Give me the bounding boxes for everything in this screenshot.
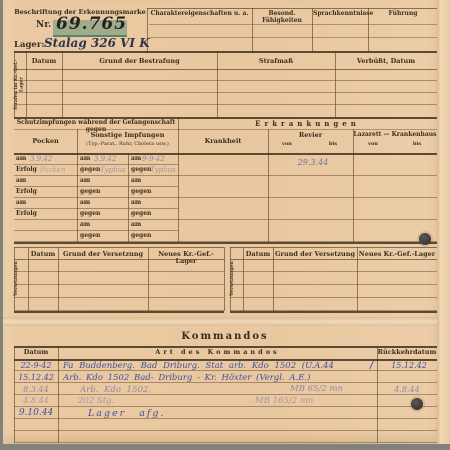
kommandos-col-header: Rückkehrdatum (377, 349, 437, 356)
kommando-row-mark: / (370, 357, 374, 371)
rule-line (224, 247, 225, 311)
revier-von-label: von (272, 142, 302, 148)
rule-line (230, 311, 437, 313)
gegen-label: gegen (80, 167, 100, 174)
empty-rows (14, 259, 224, 311)
am-label: am (80, 156, 90, 163)
empty-rows (230, 259, 437, 311)
kommandos-title: Kommandos (125, 331, 325, 342)
pocken-am-value: 3.9.42 (30, 155, 52, 163)
illnesses-title: Erkrankungen (178, 120, 437, 128)
lager-value-handwritten: Stalag 326 VI K (44, 36, 150, 50)
traits-col-header: Führung (369, 11, 437, 18)
am-label: am (80, 178, 90, 185)
kommando-row-datum: 4.8.44 (14, 396, 58, 405)
punch-hole (419, 233, 431, 245)
krankheit-col-header: Krankheit (178, 138, 268, 145)
traits-col-header: Sprachkenntnisse (313, 11, 367, 18)
rule-line (14, 247, 224, 248)
nr-value-handwritten: 69.765 (56, 14, 127, 34)
transfers-col-header: Grund der Versetzung (273, 251, 357, 258)
kommando-row-art: Arb. Kdo 1502, (80, 385, 151, 395)
rule-line (14, 51, 437, 53)
kommando-row-art: 202 Stg. (78, 396, 114, 406)
am-label: am (80, 200, 90, 207)
gegen-label: gegen (80, 233, 100, 240)
rule-line (149, 37, 437, 38)
kommando-row-datum: 15.12.42 (14, 373, 58, 382)
kommando-row-art: Arb. Kdo 1502 Bad- Driburg - Kr. Höxter … (63, 373, 310, 383)
pocken-col-header: Pocken (14, 138, 77, 145)
rule-line (230, 247, 437, 248)
sonstige2-am-value: 9-9-42 (142, 155, 165, 163)
rule-line (147, 8, 437, 9)
punishments-col-header: Verbüßt, Datum (335, 58, 437, 65)
am-label: am (16, 200, 26, 207)
transfers-col-header: Datum (28, 251, 58, 258)
kommandos-col-header: Datum (14, 349, 58, 356)
pocken-erfolg-value: Pocken (40, 166, 65, 174)
am-label: am (80, 222, 90, 229)
lager-label: Lager: (14, 41, 44, 50)
empty-rows (14, 69, 437, 116)
scanned-pow-record-card: Beschriftung der Erkennungsmarke Nr. 69.… (0, 0, 450, 450)
am-label: am (131, 222, 141, 229)
kommando-row-datum: 9.10.44 (14, 408, 58, 418)
punch-hole (411, 398, 423, 410)
am-label: am (16, 178, 26, 185)
punishments-col-header: Grund der Bestrafung (62, 58, 217, 65)
transfers-col-header: Datum (243, 251, 273, 258)
am-label: am (131, 178, 141, 185)
nr-label: Nr. (36, 21, 51, 31)
revier-bis-label: bis (318, 142, 348, 148)
kommando-row-art: Lager afg. (88, 408, 166, 419)
gegen-label: gegen (80, 211, 100, 218)
gegen-label: gegen (131, 189, 151, 196)
punishments-col-header: Datum (26, 58, 62, 65)
punishments-col-header: Strafmaß (217, 58, 335, 65)
sonstige-col-subheader: (Typ.-Parat., Ruhr, Cholera usw.) (77, 142, 178, 148)
illness-rows (178, 154, 437, 242)
revier-col-header: Revier (268, 132, 353, 139)
gegen-label: gegen (131, 233, 151, 240)
am-label: am (131, 156, 141, 163)
sonstige1-gegen-value: Typhus (100, 166, 126, 174)
fold-crease (3, 317, 437, 326)
erfolg-label: Erfolg (16, 211, 37, 218)
rule-line (147, 8, 148, 52)
transfers-col-header: Grund der Versetzung (58, 251, 148, 258)
lazarett-bis-label: bis (402, 142, 432, 148)
erfolg-label: Erfolg (16, 167, 37, 174)
kommando-row-datum: 22-9-42 (14, 361, 58, 370)
rule-line (14, 242, 437, 244)
traits-col-header: Besond. Fähigkeiten (253, 11, 311, 24)
kommando-row-rueckkehr: 4.8.44 (383, 385, 431, 394)
gegen-label: gegen (131, 211, 151, 218)
sonstige1-am-value: 3.9.42 (94, 155, 116, 163)
kommando-row-datum: 8.3.44 (14, 385, 58, 394)
rule-line (14, 311, 224, 313)
kommando-row-note: MB 65/2 mn (290, 384, 343, 394)
kommandos-col-header: Art des Kommandos (58, 349, 377, 356)
card-folded-edge (437, 0, 450, 444)
am-label: am (131, 200, 141, 207)
traits-col-header: Charaktereigenschaften u. a. (149, 11, 250, 18)
lazarett-col-header: Lazarett — Krankenhaus (353, 132, 437, 139)
sonstige-col-header: Sonstige Impfungen (77, 132, 178, 139)
kommando-row-note: MB 165/2 mn (255, 396, 313, 406)
revier-entry-value: 29.3.44 (285, 158, 341, 167)
sonstige2-gegen-value: Typhus (150, 166, 176, 174)
gegen-label: gegen (131, 167, 151, 174)
lazarett-von-label: von (358, 142, 388, 148)
gegen-label: gegen (80, 189, 100, 196)
kommando-row-art: Fa Buddenberg. Bad Driburg. Stat arb. Kd… (63, 361, 334, 371)
kommando-row-rueckkehr: 15.12.42 (383, 361, 435, 370)
transfers-col-header: Neues Kr.-Gef.-Lager (357, 251, 437, 258)
am-label: am (16, 156, 26, 163)
erfolg-label: Erfolg (16, 189, 37, 196)
